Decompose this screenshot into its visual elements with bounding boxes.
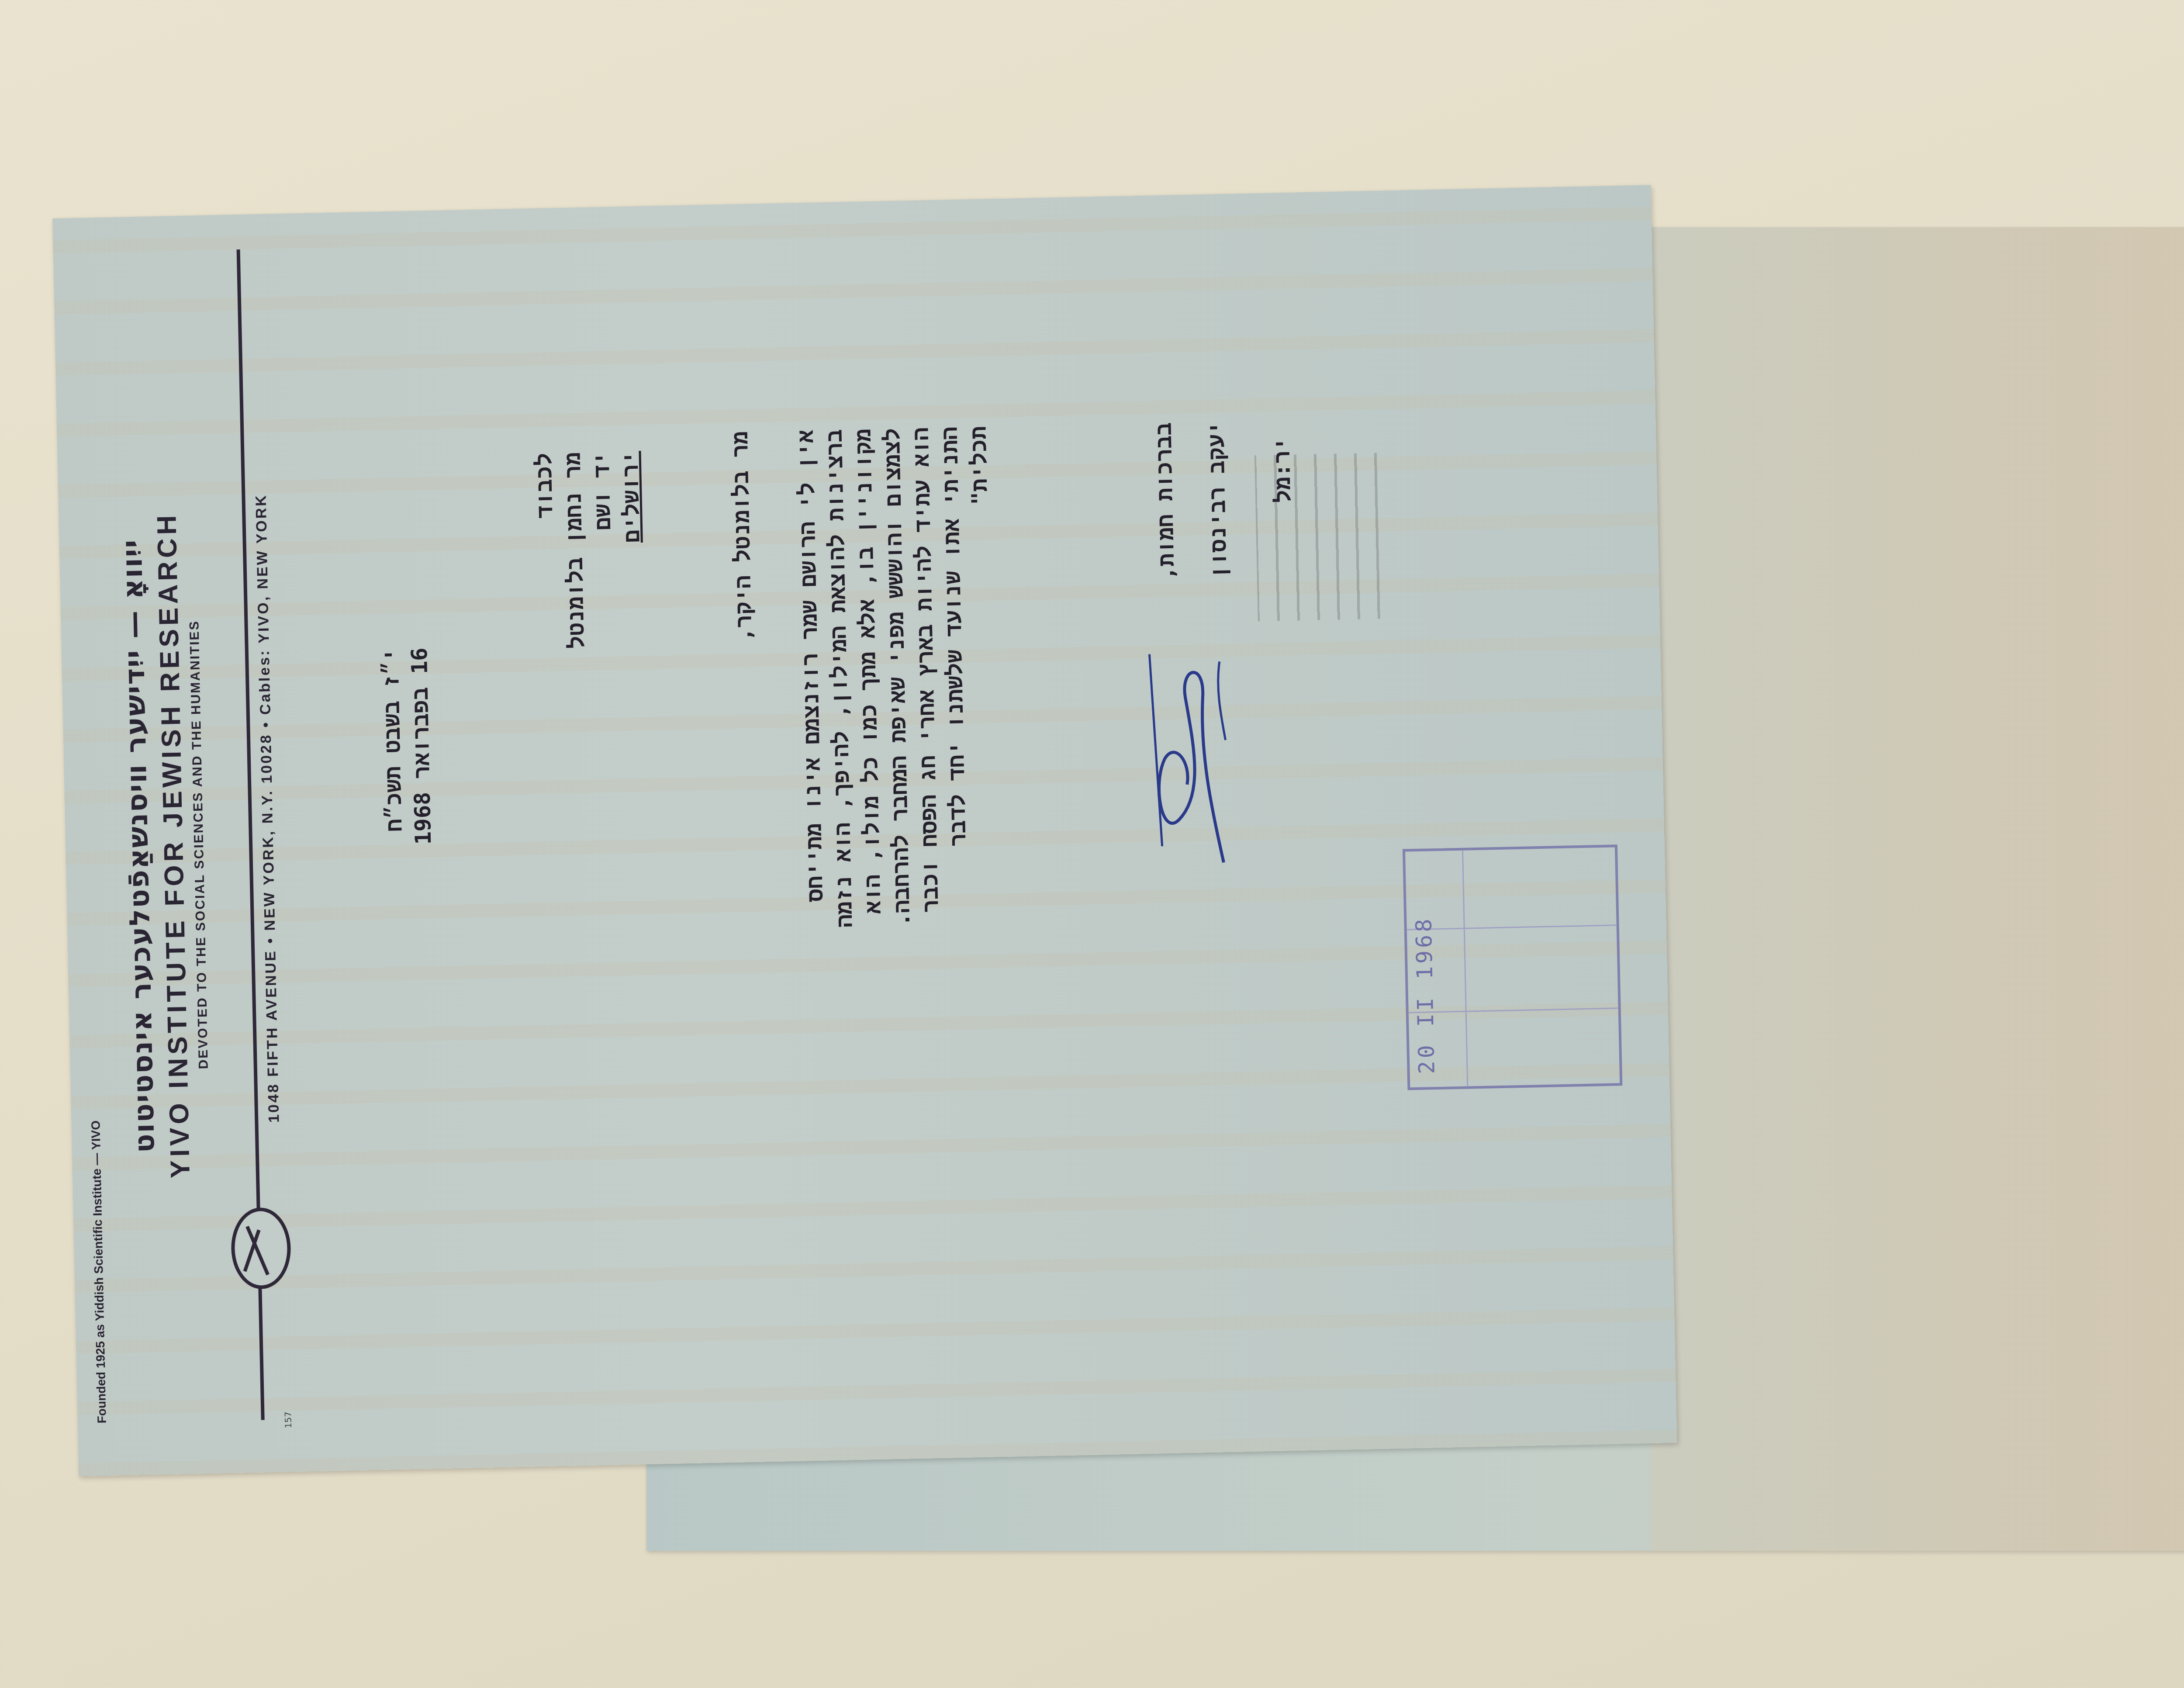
received-stamp: 20 II 1968 bbox=[1403, 844, 1622, 1090]
recipient-line-3: יד ושם bbox=[587, 451, 619, 649]
closing: בברכות חמות, bbox=[1149, 422, 1181, 580]
letter-date: י״ז בשבט תשכ״ח 16 בפברואר 1968 bbox=[376, 647, 438, 846]
letter-sheet: Founded 1925 as Yiddish Scientific Insti… bbox=[52, 185, 1677, 1476]
letter-body: אין לי הרושם שמר רוזנצמם אינו מתייחס ברצ… bbox=[791, 426, 1010, 1238]
signer-name: יעקב רבינסון bbox=[1201, 421, 1234, 579]
founded-line: Founded 1925 as Yiddish Scientific Insti… bbox=[89, 1121, 109, 1424]
stamp-date: 20 II 1968 bbox=[1411, 916, 1440, 1074]
recipient-line-1: לכבוד bbox=[529, 453, 562, 650]
date-hebrew: י״ז בשבט תשכ״ח bbox=[376, 648, 409, 845]
show-through-text bbox=[1254, 453, 1380, 622]
signature-icon bbox=[1132, 643, 1241, 873]
recipient-block: לכבוד מר נחמן בלומנטל יד ושם ירושלים bbox=[529, 451, 648, 650]
print-code: 157 bbox=[283, 1411, 294, 1429]
salutation: מר בלומנטל היקר, bbox=[726, 431, 759, 641]
date-civil: 16 בפברואר 1968 bbox=[405, 647, 438, 845]
letter-content: Founded 1925 as Yiddish Scientific Insti… bbox=[52, 185, 1677, 1476]
recipient-line-4: ירושלים bbox=[615, 451, 648, 648]
recipient-line-2: מר נחמן בלומנטל bbox=[558, 452, 591, 649]
